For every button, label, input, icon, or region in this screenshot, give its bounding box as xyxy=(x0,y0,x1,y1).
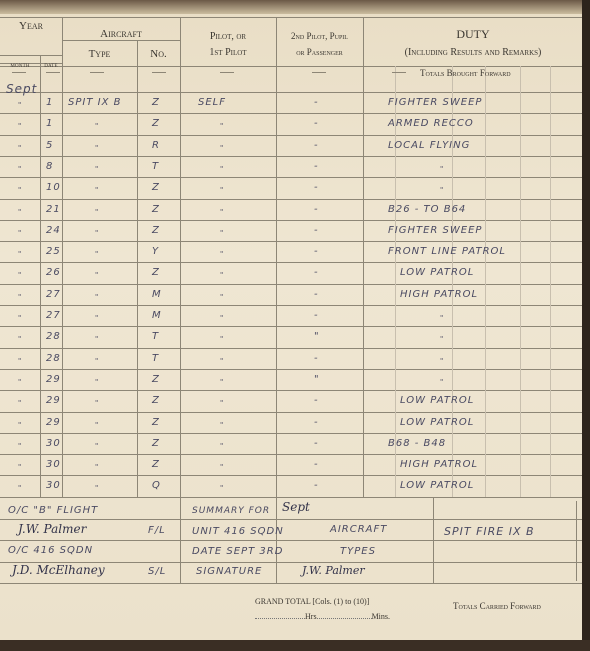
row-rule xyxy=(0,113,582,114)
cell-second-pilot: - xyxy=(314,417,319,428)
summary-unit: UNIT 416 SQDN xyxy=(192,526,284,537)
summary-aircraft-label: AIRCRAFT xyxy=(330,524,387,535)
cell-second-pilot: - xyxy=(314,438,319,449)
cell-duty: FRONT LINE PATROL xyxy=(388,246,506,257)
row-rule xyxy=(0,156,582,157)
row-rule xyxy=(0,284,582,285)
cell-month: " xyxy=(18,314,21,322)
signature-squadron-commander: J.D. McElhaney xyxy=(12,563,105,577)
col-rule-date xyxy=(62,17,63,497)
cell-duty: HIGH PATROL xyxy=(400,289,478,300)
oc-b-flight: O/C "B" FLIGHT xyxy=(8,505,98,516)
cell-month: " xyxy=(18,378,21,386)
row-rule xyxy=(0,390,582,391)
rank-sl: S/L xyxy=(148,566,166,577)
row-rule xyxy=(0,241,582,242)
cell-date: 28 xyxy=(46,331,61,342)
summary-date: DATE SEPT 3RD xyxy=(192,546,283,557)
cell-month: " xyxy=(18,335,21,343)
header-dash xyxy=(220,72,234,73)
summary-row-rule xyxy=(0,519,582,520)
cell-aircraft-no: Z xyxy=(152,438,160,449)
cell-type: " xyxy=(95,250,98,258)
cell-date: 1 xyxy=(46,97,53,108)
summary-row-rule xyxy=(0,540,582,541)
header-type: Type xyxy=(62,48,137,61)
cell-type: " xyxy=(95,421,98,429)
cell-date: 5 xyxy=(46,140,53,151)
row-rule xyxy=(0,348,582,349)
cell-date: 8 xyxy=(46,161,53,172)
cell-month: " xyxy=(18,463,21,471)
row-rule xyxy=(0,497,582,498)
cell-pilot: " xyxy=(220,208,223,216)
cell-pilot: " xyxy=(220,314,223,322)
cell-month: " xyxy=(18,250,21,258)
cell-second-pilot: - xyxy=(314,182,319,193)
cell-date: 30 xyxy=(46,438,61,449)
mins-label: Mins. xyxy=(372,612,390,621)
cell-aircraft-no: Z xyxy=(152,417,160,428)
cell-aircraft-no: T xyxy=(152,353,159,364)
cell-month: " xyxy=(18,229,21,237)
cell-date: 1 xyxy=(46,118,53,129)
cell-second-pilot: - xyxy=(314,246,319,257)
header-no: No. xyxy=(137,48,180,61)
cell-duty: FIGHTER SWEEP xyxy=(388,225,482,236)
grand-total-label: GRAND TOTAL [Cols. (1) to (10)] xyxy=(255,597,369,606)
faint-rule xyxy=(485,66,486,497)
cell-duty: B68 - B48 xyxy=(388,438,446,449)
cell-aircraft-no: Q xyxy=(152,480,161,491)
cell-month: " xyxy=(18,144,21,152)
cell-duty: " xyxy=(440,165,443,173)
cell-duty: " xyxy=(440,335,443,343)
cell-duty: HIGH PATROL xyxy=(400,459,478,470)
cell-duty: ARMED RECCO xyxy=(388,118,474,129)
row-rule xyxy=(0,454,582,455)
cell-date: 27 xyxy=(46,289,61,300)
cell-date: 26 xyxy=(46,267,61,278)
cell-duty: B26 - TO B64 xyxy=(388,204,466,215)
faint-rule xyxy=(520,66,521,497)
cell-second-pilot: - xyxy=(314,204,319,215)
header-aircraft: Aircraft xyxy=(62,28,180,41)
summary-for-label: SUMMARY FOR xyxy=(192,506,270,516)
cell-second-pilot: - xyxy=(314,267,319,278)
col-rule-summary-box-right xyxy=(576,501,577,581)
cell-second-pilot: - xyxy=(314,161,319,172)
header-duty-sub: (Including Results and Remarks) xyxy=(363,46,583,59)
cell-duty: LOW PATROL xyxy=(400,267,474,278)
cell-date: 28 xyxy=(46,353,61,364)
row-rule xyxy=(0,262,582,263)
col-rule-pilot xyxy=(276,17,277,583)
cell-second-pilot: - xyxy=(314,140,319,151)
cell-aircraft-no: Z xyxy=(152,182,160,193)
header-dash xyxy=(90,72,104,73)
cell-type: SPIT IX B xyxy=(68,97,121,108)
cell-type: " xyxy=(95,122,98,130)
header-pilot-1: Pilot, or xyxy=(180,30,276,43)
cell-month: " xyxy=(18,208,21,216)
cell-duty: LOW PATROL xyxy=(400,417,474,428)
cell-second-pilot: - xyxy=(314,480,319,491)
cell-second-pilot: - xyxy=(314,395,319,406)
cell-pilot: " xyxy=(220,378,223,386)
cell-date: 30 xyxy=(46,480,61,491)
header-second-pilot-1: 2nd Pilot, Pupil xyxy=(276,30,363,43)
cell-date: 25 xyxy=(46,246,61,257)
cell-date: 24 xyxy=(46,225,61,236)
cell-month: " xyxy=(18,186,21,194)
cell-date: 21 xyxy=(46,204,61,215)
signature-flight-commander: J.W. Palmer xyxy=(18,522,86,536)
cell-month: " xyxy=(18,357,21,365)
row-rule xyxy=(0,92,582,93)
cell-pilot: " xyxy=(220,293,223,301)
cell-pilot: " xyxy=(220,399,223,407)
faint-rule xyxy=(550,66,551,497)
header-date: DATE xyxy=(40,60,62,73)
cell-aircraft-no: Z xyxy=(152,204,160,215)
month-entry: Sept xyxy=(6,82,37,96)
cell-type: " xyxy=(95,357,98,365)
cell-month: " xyxy=(18,101,21,109)
cell-duty: LOCAL FLYING xyxy=(388,140,470,151)
cell-month: " xyxy=(18,122,21,130)
cell-month: " xyxy=(18,421,21,429)
cell-duty: " xyxy=(440,378,443,386)
cell-pilot: " xyxy=(220,165,223,173)
row-rule xyxy=(0,433,582,434)
header-dash xyxy=(152,72,166,73)
cell-pilot: " xyxy=(220,421,223,429)
cell-date: 10 xyxy=(46,182,61,193)
cell-type: " xyxy=(95,484,98,492)
cell-aircraft-no: R xyxy=(152,140,160,151)
row-rule xyxy=(0,326,582,327)
cell-type: " xyxy=(95,271,98,279)
cell-aircraft-no: M xyxy=(152,289,162,300)
header-second-pilot-2: or Passenger xyxy=(276,46,363,59)
row-rule xyxy=(0,369,582,370)
cell-aircraft-no: Y xyxy=(152,246,159,257)
summary-signature-label: SIGNATURE xyxy=(196,566,262,577)
cell-type: " xyxy=(95,442,98,450)
cell-type: " xyxy=(95,186,98,194)
cell-type: " xyxy=(95,399,98,407)
cell-duty: FIGHTER SWEEP xyxy=(388,97,482,108)
cell-second-pilot: - xyxy=(314,353,319,364)
cell-month: " xyxy=(18,484,21,492)
summary-month: Sept xyxy=(282,500,310,514)
cell-pilot: " xyxy=(220,442,223,450)
cell-pilot: " xyxy=(220,144,223,152)
hrs-mins-line: HrsMins. xyxy=(255,612,390,621)
cell-aircraft-no: M xyxy=(152,310,162,321)
oc-squadron: O/C 416 SQDN xyxy=(8,545,93,556)
cell-pilot: " xyxy=(220,229,223,237)
col-rule-type xyxy=(137,40,138,497)
cell-duty: LOW PATROL xyxy=(400,395,474,406)
header-dash xyxy=(392,72,406,73)
rank-fl: F/L xyxy=(148,525,166,536)
cell-second-pilot: " xyxy=(314,331,320,342)
cell-type: " xyxy=(95,144,98,152)
totals-carried-forward: Totals Carried Forward xyxy=(453,601,541,611)
cell-type: " xyxy=(95,229,98,237)
col-rule-no xyxy=(180,17,181,583)
cell-duty: " xyxy=(440,314,443,322)
cell-pilot: SELF xyxy=(198,97,226,108)
col-rule-summary-box xyxy=(433,497,434,583)
cell-type: " xyxy=(95,335,98,343)
faint-rule xyxy=(395,66,396,497)
cell-month: " xyxy=(18,293,21,301)
row-rule xyxy=(0,199,582,200)
col-rule-month xyxy=(40,55,41,497)
row-rule xyxy=(0,412,582,413)
header-year: Year xyxy=(0,20,62,33)
page-bottom-edge xyxy=(0,640,590,651)
cell-aircraft-no: Z xyxy=(152,225,160,236)
cell-date: 29 xyxy=(46,374,61,385)
cell-aircraft-no: Z xyxy=(152,374,160,385)
summary-signature: J.W. Palmer xyxy=(302,564,365,577)
header-month: MONTH xyxy=(0,60,40,73)
row-rule xyxy=(0,475,582,476)
cell-aircraft-no: Z xyxy=(152,118,160,129)
cell-duty: LOW PATROL xyxy=(400,480,474,491)
cell-duty: " xyxy=(440,186,443,194)
cell-type: " xyxy=(95,314,98,322)
cell-aircraft-no: T xyxy=(152,331,159,342)
cell-date: 30 xyxy=(46,459,61,470)
faint-rule xyxy=(452,66,453,497)
cell-pilot: " xyxy=(220,271,223,279)
cell-duty: " xyxy=(440,357,443,365)
cell-aircraft-no: Z xyxy=(152,395,160,406)
cell-aircraft-no: Z xyxy=(152,267,160,278)
cell-second-pilot: - xyxy=(314,97,319,108)
cell-date: 29 xyxy=(46,395,61,406)
cell-month: " xyxy=(18,271,21,279)
cell-second-pilot: " xyxy=(314,374,320,385)
summary-bottom-rule xyxy=(0,583,582,584)
page-binding-edge xyxy=(582,0,590,651)
header-duty: DUTY xyxy=(363,28,583,41)
cell-type: " xyxy=(95,165,98,173)
page-top-edge xyxy=(0,0,590,14)
cell-second-pilot: - xyxy=(314,310,319,321)
cell-pilot: " xyxy=(220,122,223,130)
summary-types-label: TYPES xyxy=(340,546,376,557)
cell-date: 27 xyxy=(46,310,61,321)
totals-brought-forward: Totals Brought Forward xyxy=(420,67,580,80)
cell-second-pilot: - xyxy=(314,118,319,129)
cell-type: " xyxy=(95,463,98,471)
cell-type: " xyxy=(95,293,98,301)
cell-date: 29 xyxy=(46,417,61,428)
cell-pilot: " xyxy=(220,250,223,258)
cell-month: " xyxy=(18,399,21,407)
cell-pilot: " xyxy=(220,186,223,194)
year-dotted-rule xyxy=(0,55,62,56)
cell-aircraft-no: Z xyxy=(152,459,160,470)
header-pilot-2: 1st Pilot xyxy=(180,46,276,59)
cell-second-pilot: - xyxy=(314,289,319,300)
header-dash xyxy=(312,72,326,73)
cell-aircraft-no: Z xyxy=(152,97,160,108)
cell-aircraft-no: T xyxy=(152,161,159,172)
cell-month: " xyxy=(18,442,21,450)
cell-pilot: " xyxy=(220,484,223,492)
hrs-label: Hrs xyxy=(305,612,317,621)
cell-pilot: " xyxy=(220,357,223,365)
row-rule xyxy=(0,220,582,221)
cell-second-pilot: - xyxy=(314,459,319,470)
header-top-rule xyxy=(0,17,582,18)
col-rule-second xyxy=(363,17,364,497)
aircraft-types-value: SPIT FIRE IX B xyxy=(444,525,535,538)
row-rule xyxy=(0,135,582,136)
cell-type: " xyxy=(95,208,98,216)
cell-second-pilot: - xyxy=(314,225,319,236)
row-rule xyxy=(0,305,582,306)
cell-type: " xyxy=(95,378,98,386)
cell-pilot: " xyxy=(220,335,223,343)
row-rule xyxy=(0,177,582,178)
cell-month: " xyxy=(18,165,21,173)
cell-pilot: " xyxy=(220,463,223,471)
